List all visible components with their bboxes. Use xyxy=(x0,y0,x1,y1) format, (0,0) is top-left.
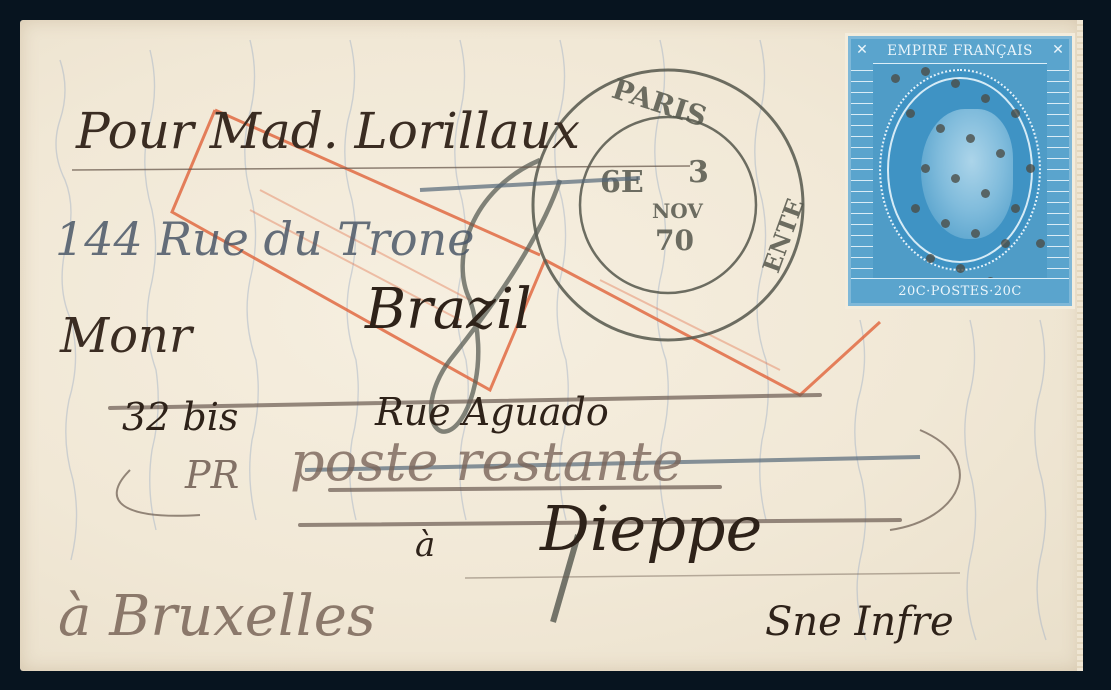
postmark-city: PARIS xyxy=(608,72,711,133)
destination-city: Dieppe xyxy=(539,492,762,565)
pr-mark: PR xyxy=(184,453,239,497)
postmark-office: 6E xyxy=(600,165,644,200)
forwarding-address: à Bruxelles xyxy=(58,584,376,649)
addressee-line: Pour Mad. Lorillaux xyxy=(75,102,580,160)
struck-instruction: poste restante xyxy=(290,430,683,493)
postmark-suffix: ENTE xyxy=(756,195,809,277)
recipient-name: Brazil xyxy=(364,277,532,342)
dotted-cancel xyxy=(851,39,1069,303)
postmark-year: 70 xyxy=(655,224,694,257)
old-street-number: 32 bis xyxy=(122,395,238,439)
postmark-month: NOV xyxy=(652,199,703,223)
salutation: Monr xyxy=(59,308,195,364)
old-street: Rue Aguado xyxy=(374,390,609,434)
department: Sne Infre xyxy=(765,599,954,645)
struck-address: 144 Rue du Trone xyxy=(55,212,474,266)
redirect-prefix: à xyxy=(415,525,435,565)
napoleon-20c-stamp: EMPIRE FRANÇAIS ✕ ✕ 20C·POSTES·20C xyxy=(848,36,1072,306)
stamp-bottom-label: 20C·POSTES·20C xyxy=(851,278,1069,303)
postmark-day: 3 xyxy=(688,155,709,190)
